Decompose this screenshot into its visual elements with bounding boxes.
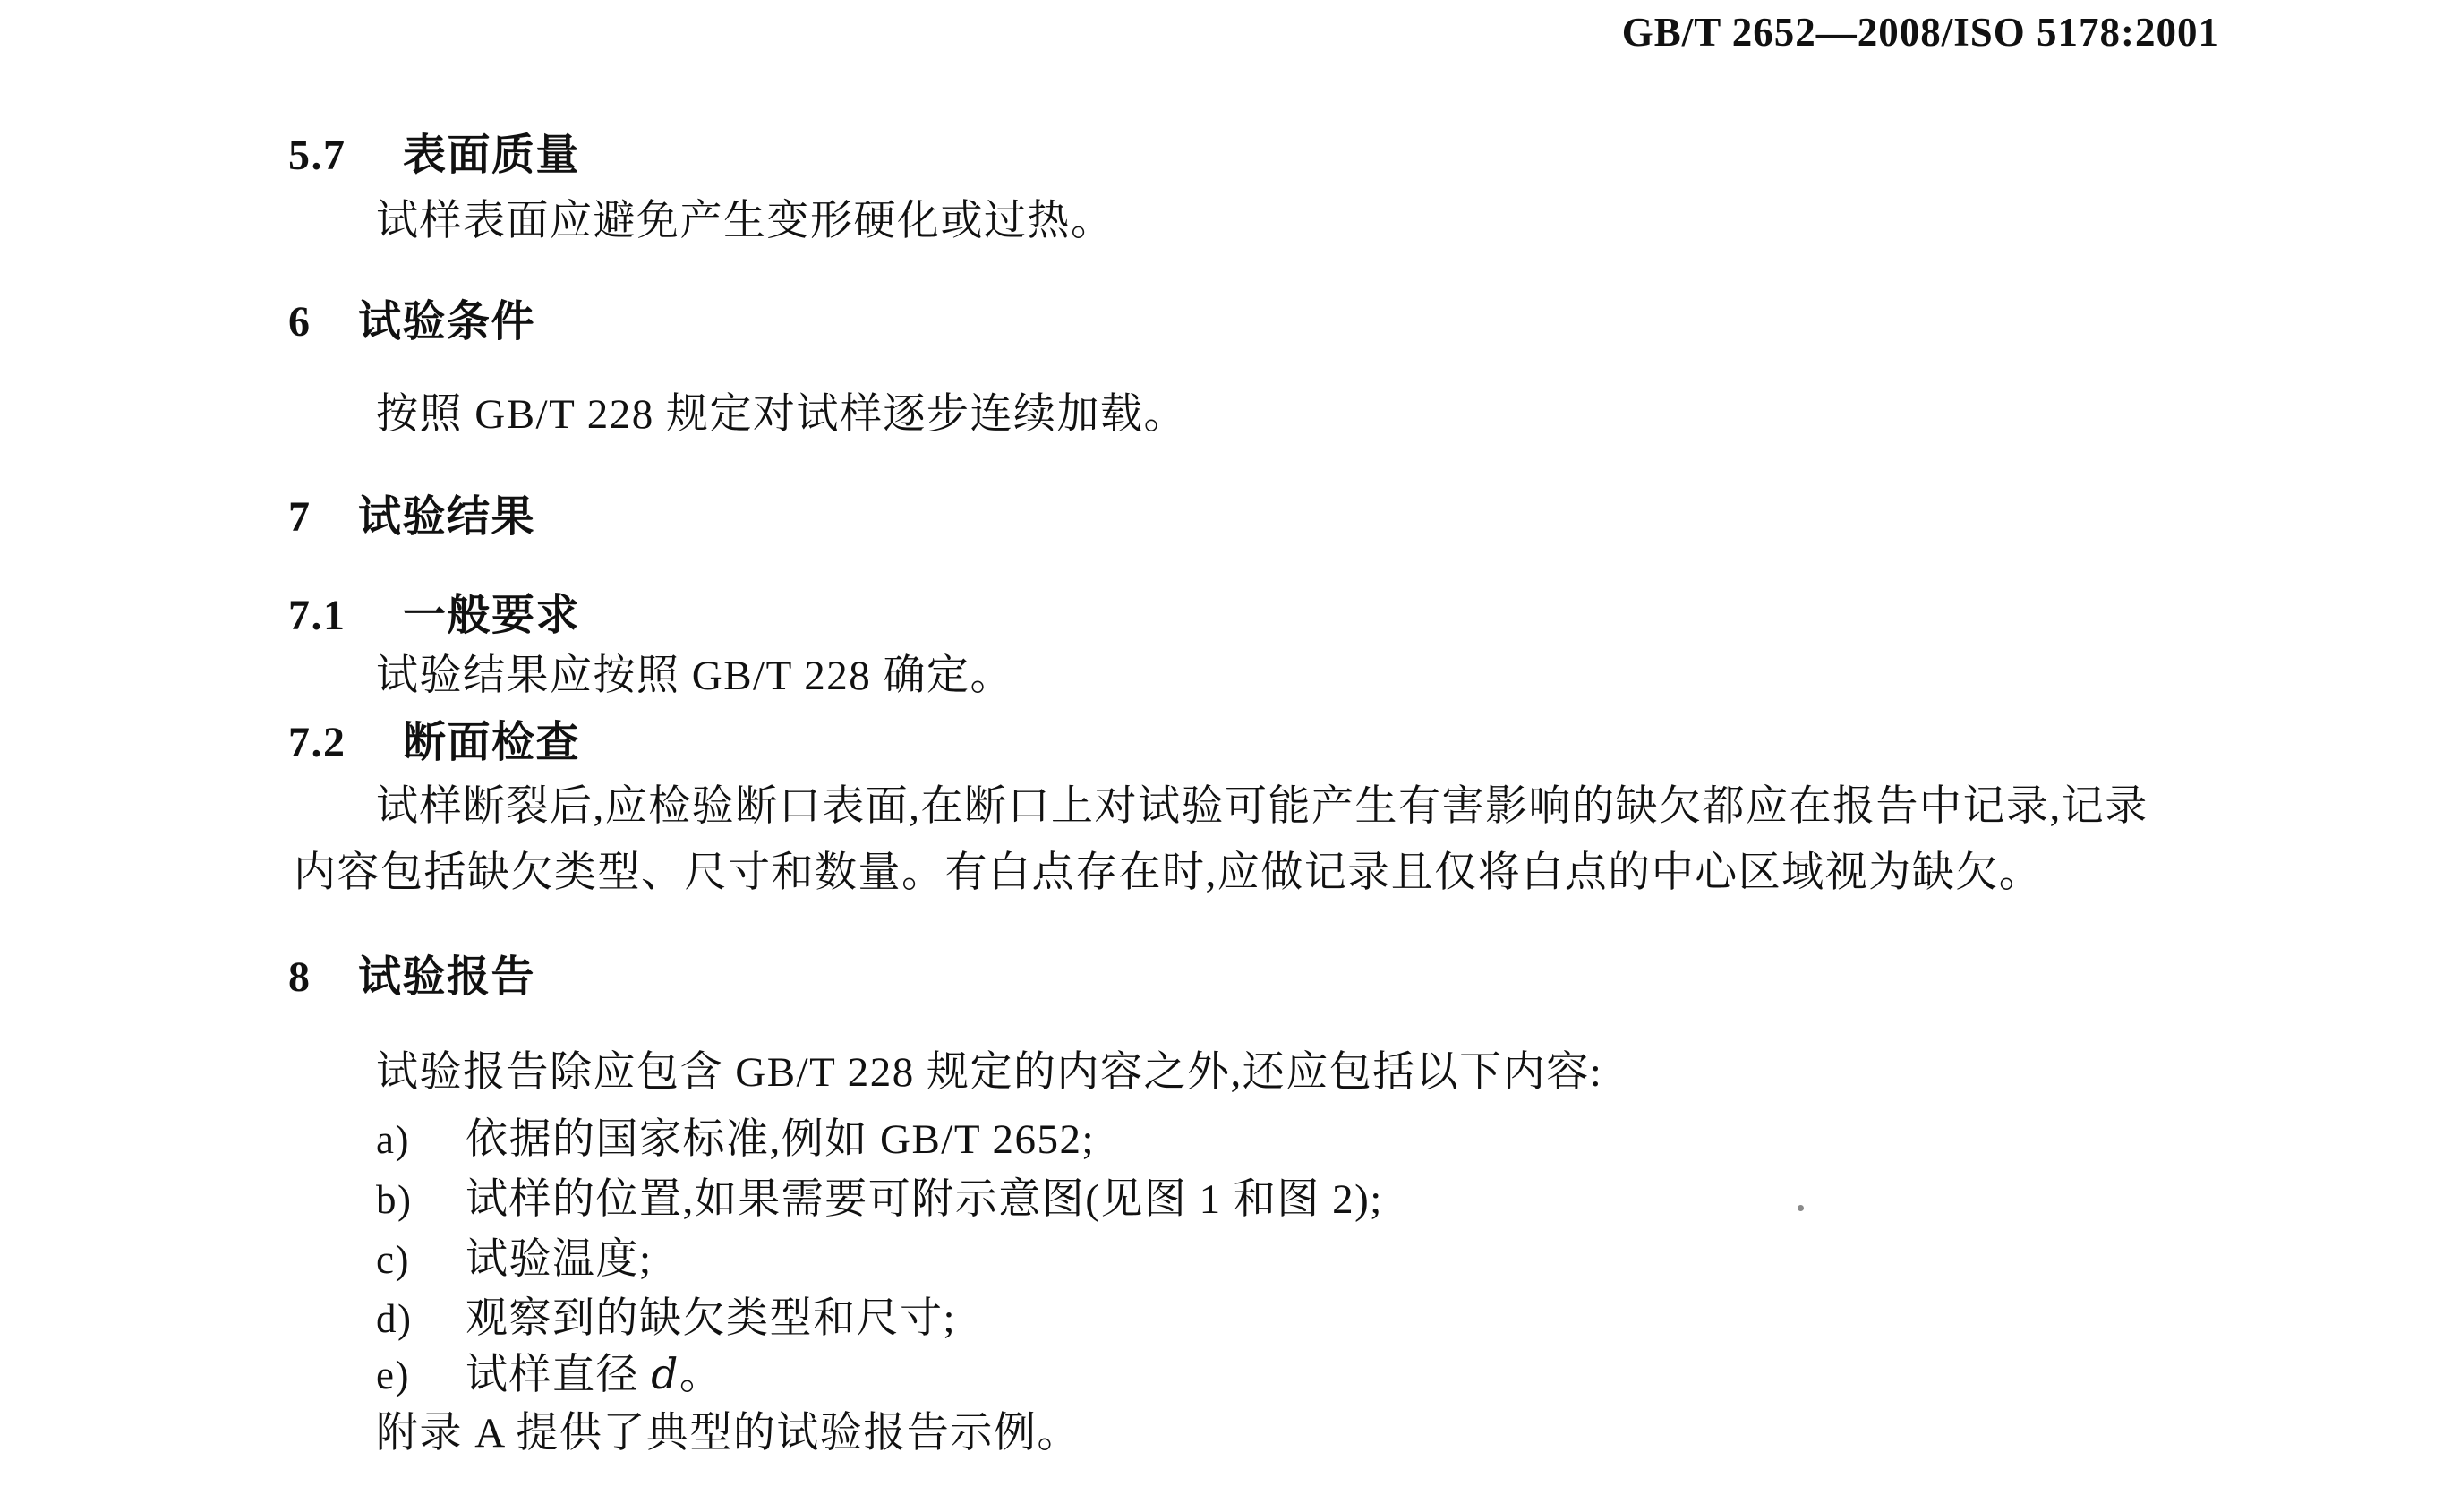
list-item-text: 试样直径 [466,1352,651,1398]
list-item-text: 试验温度; [466,1236,653,1283]
list-item-text: 依据的国家标准,例如 GB/T 2652; [466,1116,1095,1163]
list-item-text: 试样的位置,如果需要可附示意图(见图 1 和图 2); [466,1176,1383,1223]
section-number: 6 [288,301,358,344]
section-6-body: 按照 GB/T 228 规定对试样逐步连续加载。 [376,394,1187,436]
section-5-7-heading: 5.7表面质量 [288,134,580,177]
section-8-closing: 附录 A 提供了典型的试验报告示例。 [376,1413,1081,1455]
list-item-a: a)依据的国家标准,例如 GB/T 2652; [376,1119,1095,1161]
list-item-label: c) [376,1240,466,1280]
list-item-text: 观察到的缺欠类型和尺寸; [466,1295,956,1342]
standard-number-header: GB/T 2652—2008/ISO 5178:2001 [1622,9,2219,56]
diameter-variable: d [651,1350,679,1399]
section-number: 7 [288,496,358,539]
section-8-intro: 试验报告除应包含 GB/T 228 规定的内容之外,还应包括以下内容: [376,1052,1602,1094]
section-7-heading: 7试验结果 [288,496,535,539]
section-6-heading: 6试验条件 [288,301,535,344]
list-item-text-end: 。 [679,1352,723,1398]
scan-artifact-dot [1798,1205,1804,1211]
section-5-7-body: 试样表面应避免产生变形硬化或过热。 [376,201,1115,243]
section-title: 试验报告 [358,953,535,1001]
section-title: 一般要求 [403,592,580,639]
list-item-label: a) [376,1120,466,1160]
section-7-2-body-line2: 内容包括缺欠类型、尺寸和数量。有白点存在时,应做记录且仅将白点的中心区域视为缺欠… [294,852,2042,894]
document-page: GB/T 2652—2008/ISO 5178:2001 5.7表面质量 试样表… [0,0,2443,1512]
section-number: 5.7 [288,134,403,177]
section-title: 断面检查 [403,719,580,766]
section-number: 7.1 [288,594,403,637]
section-title: 试验条件 [358,298,535,346]
list-item-e: e)试样直径 d。 [376,1354,722,1397]
section-7-2-body-line1: 试样断裂后,应检验断口表面,在断口上对试验可能产生有害影响的缺欠都应在报告中记录… [376,786,2148,828]
section-7-1-heading: 7.1一般要求 [288,594,580,637]
section-title: 表面质量 [403,132,580,179]
section-7-2-heading: 7.2断面检查 [288,722,580,765]
list-item-d: d)观察到的缺欠类型和尺寸; [376,1298,956,1340]
list-item-label: d) [376,1299,466,1339]
list-item-label: b) [376,1180,466,1220]
list-item-b: b)试样的位置,如果需要可附示意图(见图 1 和图 2); [376,1179,1383,1221]
section-7-1-body: 试验结果应按照 GB/T 228 确定。 [376,655,1013,697]
list-item-c: c)试验温度; [376,1239,653,1281]
section-number: 7.2 [288,722,403,765]
section-number: 8 [288,956,358,999]
list-item-label: e) [376,1355,466,1396]
section-title: 试验结果 [358,493,535,541]
section-8-heading: 8试验报告 [288,956,535,999]
